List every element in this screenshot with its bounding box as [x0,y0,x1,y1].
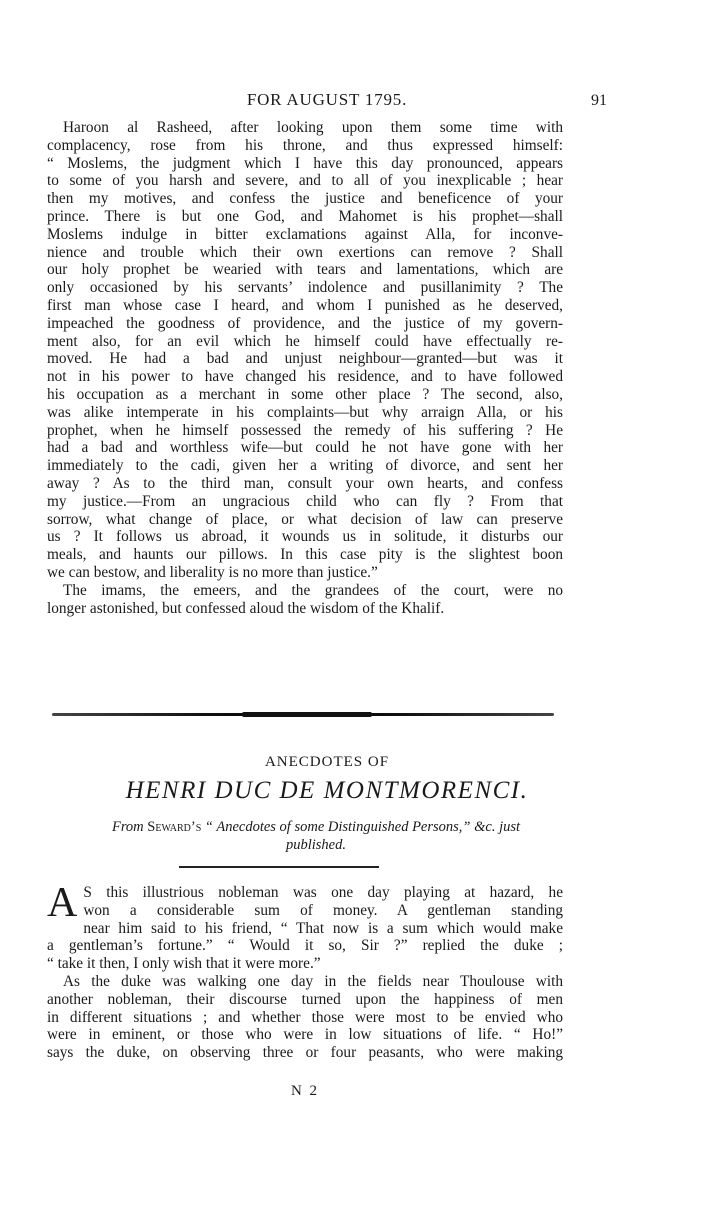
article-paragraph-2: As the duke was walking one day in the f… [47,973,563,1062]
page-number: 91 [591,92,607,110]
source-author: Seward’s [147,819,201,835]
text-line: S this illustrious nobleman was one day … [47,884,563,902]
text-line: us ? It follows us abroad, it wounds us … [47,528,563,546]
text-line: sorrow, what change of place, or what de… [47,511,563,529]
closing-paragraph: The imams, the emeers, and the grandees … [47,582,563,618]
signature-mark: N 2 [47,1083,563,1100]
text-line: his occupation as a merchant in some oth… [47,386,563,404]
running-head: FOR AUGUST 1795. 91 [47,90,607,114]
text-line: only occasioned by his servants’ indolen… [47,279,563,297]
text-line: had a bad and worthless wife—but could h… [47,439,563,457]
text-line: nience and trouble which their own exert… [47,244,563,262]
source-prefix: From [112,819,147,835]
text-line: impeached the goodness of providence, an… [47,315,563,333]
text-line: to some of you harsh and severe, and to … [47,172,563,190]
speech-paragraph: Haroon al Rasheed, after looking upon th… [47,119,563,582]
text-line: prophet, when he himself possessed the r… [47,422,563,440]
text-line: were in eminent, or those who were in lo… [47,1026,563,1044]
text-line: won a considerable sum of money. A gentl… [47,902,563,920]
article-kicker: ANECDOTES OF [47,754,607,771]
text-line: a gentleman’s fortune.” “ Would it so, S… [47,937,563,955]
text-line: “ take it then, I only wish that it were… [47,955,563,973]
text-line: my justice.—From an ungracious child who… [47,493,563,511]
text-line: not in his power to have changed his res… [47,368,563,386]
text-line: we can bestow, and liberality is no more… [47,564,563,582]
article-source-note: From Seward’s “ Anecdotes of some Distin… [42,818,590,854]
article-paragraph-1: A S this illustrious nobleman was one da… [47,884,563,973]
running-title: FOR AUGUST 1795. [47,90,607,110]
text-line: then my motives, and confess the justice… [47,190,563,208]
short-divider [179,866,379,868]
text-line: our holy prophet be wearied with tears a… [47,261,563,279]
text-line: says the duke, on observing three or fou… [47,1044,563,1062]
text-line: in different situations ; and whether th… [47,1009,563,1027]
text-line: immediately to the cadi, given her a wri… [47,457,563,475]
text-line: first man whose case I heard, and whom I… [47,297,563,315]
text-line: complacency, rose from his throne, and t… [47,137,563,155]
text-line: near him said to his friend, “ That now … [47,920,563,938]
text-line: “ Moslems, the judgment which I have thi… [47,155,563,173]
text-line: Moslems indulge in bitter exclamations a… [47,226,563,244]
ornamental-divider [52,713,554,716]
text-line: meals, and haunts our pillows. In this c… [47,546,563,564]
source-suffix: published. [286,837,346,853]
continued-story-text: Haroon al Rasheed, after looking upon th… [47,119,563,617]
drop-cap: A [47,886,77,920]
text-line: moved. He had a bad and unjust neighbour… [47,350,563,368]
text-line: away ? As to the third man, consult your… [47,475,563,493]
text-line: ment also, for an evil which he himself … [47,333,563,351]
article-title: HENRI DUC DE MONTMORENCI. [47,777,607,805]
text-line: The imams, the emeers, and the grandees … [47,582,563,600]
text-line: As the duke was walking one day in the f… [47,973,563,991]
text-line: Haroon al Rasheed, after looking upon th… [47,119,563,137]
text-line: another nobleman, their discourse turned… [47,991,563,1009]
text-line: longer astonished, but confessed aloud t… [47,600,563,618]
text-line: prince. There is but one God, and Mahome… [47,208,563,226]
text-line: was alike intemperate in his complaints—… [47,404,563,422]
source-work: “ Anecdotes of some Distinguished Person… [201,819,520,835]
article-body: A S this illustrious nobleman was one da… [47,884,563,1062]
magazine-page: FOR AUGUST 1795. 91 Haroon al Rasheed, a… [0,0,707,1205]
